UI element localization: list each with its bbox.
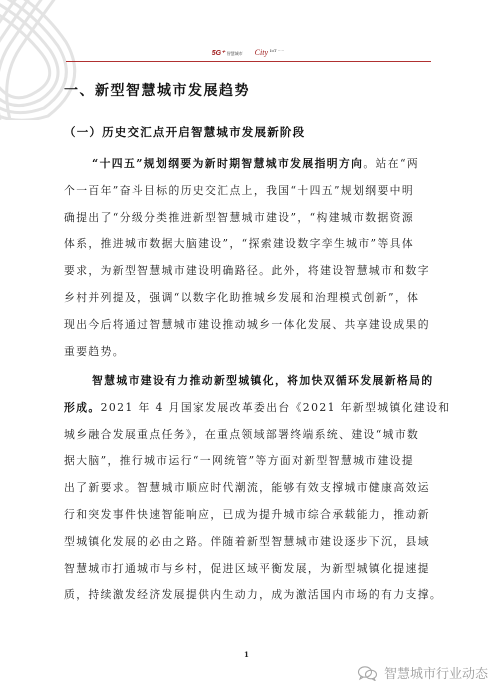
text-line: 智慧城市建设有力推动新型城镇化，将加快双循环发展新格局的	[64, 368, 434, 395]
text-line: 个一百年”奋斗目标的历史交汇点上，我国“十四五”规划纲要中明	[64, 178, 434, 205]
text-line: 智慧城市打通城市与乡村，促进区域平衡发展，为新型城镇化提速提	[64, 556, 434, 583]
wechat-account-name: 智慧城市行业动态	[384, 663, 488, 682]
text-line: 城乡融合发展重点任务》，在重点领域部署终端系统、建设“城市数	[64, 422, 434, 449]
paragraph-2: 智慧城市建设有力推动新型城镇化，将加快双循环发展新格局的 形成。2021 年 4…	[64, 368, 434, 609]
text-line: “十四五”规划纲要为新时期智慧城市发展指明方向。站在“两	[64, 151, 434, 178]
wechat-icon	[357, 665, 379, 681]
logo-5g: 5G⁺	[212, 50, 225, 57]
text-line: 乡村并列提及，强调“以数字化助推城乡发展和治理模式创新”，体	[64, 285, 434, 312]
bold-lead: 智慧城市建设有力推动新型城镇化，将加快双循环发展新格局的	[92, 374, 434, 387]
wechat-account-watermark: 智慧城市行业动态	[357, 663, 488, 682]
logo-city-subtitle: IoT ·····	[270, 48, 284, 53]
text-run: 2021 年 4 月国家发展改革委出台《2021 年新型城镇化建设和	[101, 401, 451, 414]
text-line: 据大脑”，推行城市运行“一网统管”等方面对新型智慧城市建设提	[64, 448, 434, 475]
text-line: 重要趋势。	[64, 339, 434, 366]
text-line: 体系，推进城市数据大脑建设”，“探索建设数字孪生城市”等具体	[64, 231, 434, 258]
text-run: 。站在“两	[363, 157, 419, 170]
bold-lead: “十四五”规划纲要为新时期智慧城市发展指明方向	[92, 157, 363, 170]
paragraph-1: “十四五”规划纲要为新时期智慧城市发展指明方向。站在“两 个一百年”奋斗目标的历…	[64, 151, 434, 365]
text-line: 现出今后将通过智慧城市建设推动城乡一体化发展、共享建设成果的	[64, 312, 434, 339]
logo-5g-subtitle: 智慧城市	[227, 51, 243, 56]
text-line: 出了新要求。智慧城市顺应时代潮流，能够有效支撑城市健康高效运	[64, 475, 434, 502]
text-line: 质，持续激发经济发展提供内生动力，成为激活国内市场的有力支撑。	[64, 582, 434, 609]
text-line: 型城镇化发展的必由之路。伴随着新型智慧城市建设逐步下沉，县域	[64, 529, 434, 556]
logo-city: City	[255, 48, 268, 57]
page-number: 1	[244, 650, 249, 659]
text-line: 要求，为新型智慧城市建设明确路径。此外，将建设智慧城市和数字	[64, 258, 434, 285]
section-heading: 一、新型智慧城市发展趋势	[64, 80, 250, 100]
document-page: 5G⁺ 智慧城市 City IoT ····· 一、新型智慧城市发展趋势 （一）…	[0, 0, 495, 700]
text-line: 行和突发事件快速智能响应，已成为提升城市综合承载能力，推动新	[64, 502, 434, 529]
text-line: 确提出了“分级分类推进新型智慧城市建设”，“构建城市数据资源	[64, 205, 434, 232]
text-line: 形成。2021 年 4 月国家发展改革委出台《2021 年新型城镇化建设和	[64, 395, 434, 422]
bold-lead: 形成。	[64, 401, 101, 414]
subsection-heading: （一）历史交汇点开启智慧城市发展新阶段	[64, 124, 305, 140]
document-header: 5G⁺ 智慧城市 City IoT ·····	[66, 48, 430, 62]
header-divider	[66, 61, 431, 62]
